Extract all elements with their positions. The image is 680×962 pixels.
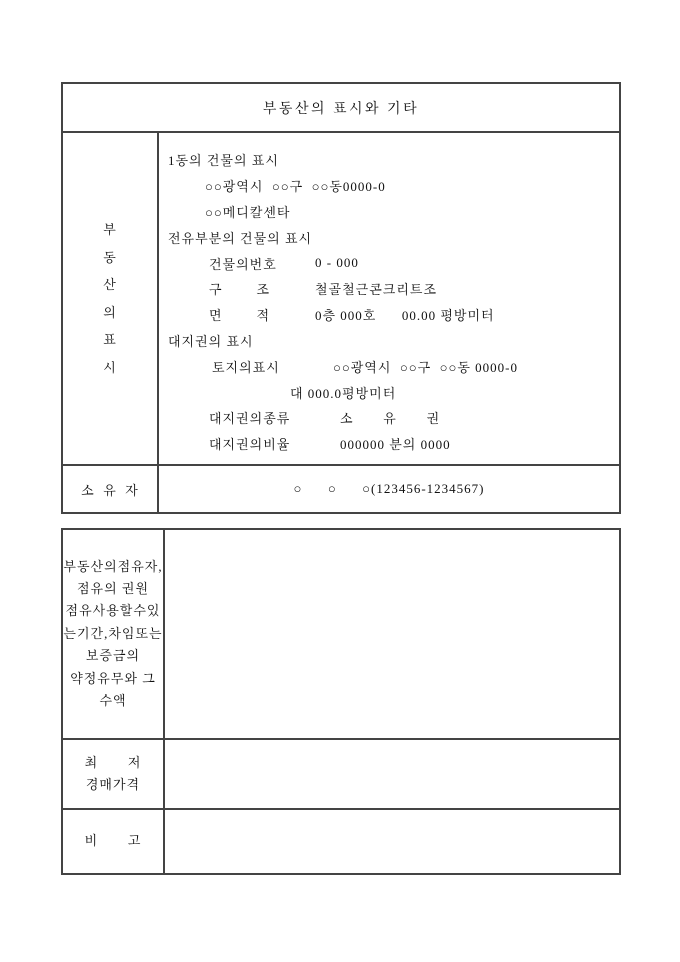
line-land-right-type: 대지권의종류소 유 권 xyxy=(159,405,619,431)
property-description-content: 1동의 건물의 표시 ○○광역시 ○○구 ○○동0000-0 ○○메디칼센타 전… xyxy=(159,133,619,464)
owner-row: 소 유 자 ○ ○ ○(123456-1234567) xyxy=(63,466,619,512)
vertical-label-char: 동 xyxy=(103,244,117,272)
occupant-row-label: 부동산의점유자, 점유의 권원 점유사용할수있 는기간,차임또는 보증금의 약정… xyxy=(63,530,165,738)
remarks-value xyxy=(165,810,619,873)
line-building-number: 건물의번호0 - 000 xyxy=(159,250,619,276)
line-land-right-ratio: 대지권의비율000000 분의 0000 xyxy=(159,431,619,457)
line-structure: 구 조철골철근콘크리트조 xyxy=(159,276,619,302)
occupant-row-value xyxy=(165,530,619,738)
minimum-auction-price-label: 최 저 경매가격 xyxy=(63,740,165,808)
vertical-label-property-description: 부 동 산 의 표 시 xyxy=(63,133,159,464)
owner-value: ○ ○ ○(123456-1234567) xyxy=(159,466,619,512)
vertical-label-char: 시 xyxy=(103,354,117,382)
owner-label: 소 유 자 xyxy=(63,466,159,512)
property-description-body: 부 동 산 의 표 시 1동의 건물의 표시 ○○광역시 ○○구 ○○동0000… xyxy=(63,133,619,466)
line-land-area: 대 000.0평방미터 xyxy=(159,379,619,405)
line-building-name: ○○메디칼센타 xyxy=(159,199,619,225)
document-page: 부동산의 표시와 기타 부 동 산 의 표 시 1동의 건물의 표시 ○○광역시… xyxy=(0,0,680,962)
occupant-row: 부동산의점유자, 점유의 권원 점유사용할수있 는기간,차임또는 보증금의 약정… xyxy=(63,530,619,740)
minimum-auction-price-value xyxy=(165,740,619,808)
table-title: 부동산의 표시와 기타 xyxy=(63,84,619,133)
property-description-table: 부동산의 표시와 기타 부 동 산 의 표 시 1동의 건물의 표시 ○○광역시… xyxy=(61,82,621,514)
line-area: 면 적0층 000호 00.00 평방미터 xyxy=(159,302,619,328)
line-land-indication: 토지의표시○○광역시 ○○구 ○○동 0000-0 xyxy=(159,353,619,379)
vertical-label-char: 부 xyxy=(103,216,117,244)
remarks-row: 비 고 xyxy=(63,810,619,873)
vertical-label-char: 산 xyxy=(103,271,117,299)
line-building-section-heading: 1동의 건물의 표시 xyxy=(159,147,619,173)
line-building-address: ○○광역시 ○○구 ○○동0000-0 xyxy=(159,173,619,199)
line-exclusive-section-heading: 전유부분의 건물의 표시 xyxy=(159,224,619,250)
remarks-label: 비 고 xyxy=(63,810,165,873)
vertical-label-char: 의 xyxy=(103,299,117,327)
vertical-label-char: 표 xyxy=(103,326,117,354)
line-land-right-section-heading: 대지권의 표시 xyxy=(159,328,619,354)
details-table: 부동산의점유자, 점유의 권원 점유사용할수있 는기간,차임또는 보증금의 약정… xyxy=(61,528,621,875)
minimum-auction-price-row: 최 저 경매가격 xyxy=(63,740,619,810)
